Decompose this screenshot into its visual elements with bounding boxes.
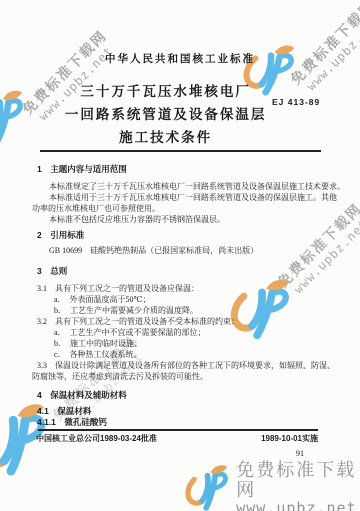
paragraph: 本标准适用于三十万千瓦压水堆核电厂一回路系统管道及设备的保温层施工。其他 (32, 192, 350, 203)
clause-4-1-1-heading: 4.1.1 微孔硅酸钙 (37, 417, 350, 428)
scanned-standard-page: 免费标准下载网 www.upbz.net 免费标准下载网 www.upbz.ne… (0, 0, 360, 511)
section-1-heading: 1 主题内容与适用范围 (37, 164, 350, 175)
header-rule (40, 150, 321, 152)
site-name: 免费标准下载网 (236, 460, 360, 500)
clause-4-1-heading: 4.1 保温材料 (37, 406, 350, 417)
upbz-watermark: 免费标准下载网 www.upbz.net (2, 10, 137, 145)
standard-number: EJ 413-89 (272, 97, 320, 107)
list-item-a: a． 外表面温度高于50℃； (54, 294, 350, 305)
section-4-heading: 4 保温材料及辅助材料 (37, 390, 350, 401)
clause-3-2: 3.2 具有下列工况之一的管道及设备不受本标准的约束： (37, 316, 350, 327)
list-item-b: b． 施工中的临时设施； (54, 338, 350, 349)
clause-3-3-continued: 防腐蚀等，还应考虑到清洗去污及拆装的可能性。 (32, 371, 350, 382)
paragraph: 本标准不包括反应堆压力容器的不锈钢箔保温层。 (32, 214, 350, 225)
document-title-line3: 施工技术条件 (0, 126, 331, 146)
clause-3-1: 3.1 具有下列工况之一的管道及设备应保温： (37, 283, 350, 294)
approval-note: 中国核工业总公司1989-03-24批准 (36, 433, 157, 444)
footer-rule (38, 429, 318, 431)
list-item-a: a． 工艺生产中不宜或不需要保温的部位； (54, 327, 350, 338)
effective-date: 1989-10-01实施 (261, 433, 318, 444)
upbz-logo-icon (180, 460, 232, 511)
brand-text: 免费标准下载网 www.upbz.net (236, 460, 360, 511)
list-item-b: b． 工艺生产中需要减少介质的温度降。 (54, 305, 350, 316)
clause-3-3: 3.3 保温设计除满足管道及设备所有部位的各种工况下的环境要求，如辐照、防湿、 (37, 360, 350, 371)
upbz-brand-block: 免费标准下载网 www.upbz.net (180, 460, 360, 511)
standard-org-header: 中华人民共和国核工业标准 (0, 51, 360, 66)
document-body: 1 主题内容与适用范围 本标准规定了三十万千瓦压水堆核电厂一回路系统管道及设备保… (32, 160, 350, 428)
paragraph: 功率的压水堆核电厂也可参照使用。 (32, 203, 350, 214)
section-3-heading: 3 总则 (37, 266, 350, 277)
paragraph: 本标准规定了三十万千瓦压水堆核电厂一回路系统管道及设备保温层施工技术要求。 (32, 181, 350, 192)
page-number: 91 (296, 449, 304, 458)
referenced-standard: GB 10699 硅酸钙绝热制品（已报国家标准局，尚未出版） (32, 245, 350, 256)
site-url: www.upbz.net (236, 500, 360, 511)
list-item-c: c． 各种热工仪表系统。 (54, 349, 350, 360)
footer: 中国核工业总公司1989-03-24批准 1989-10-01实施 (36, 433, 318, 444)
section-2-heading: 2 引用标准 (37, 230, 350, 241)
